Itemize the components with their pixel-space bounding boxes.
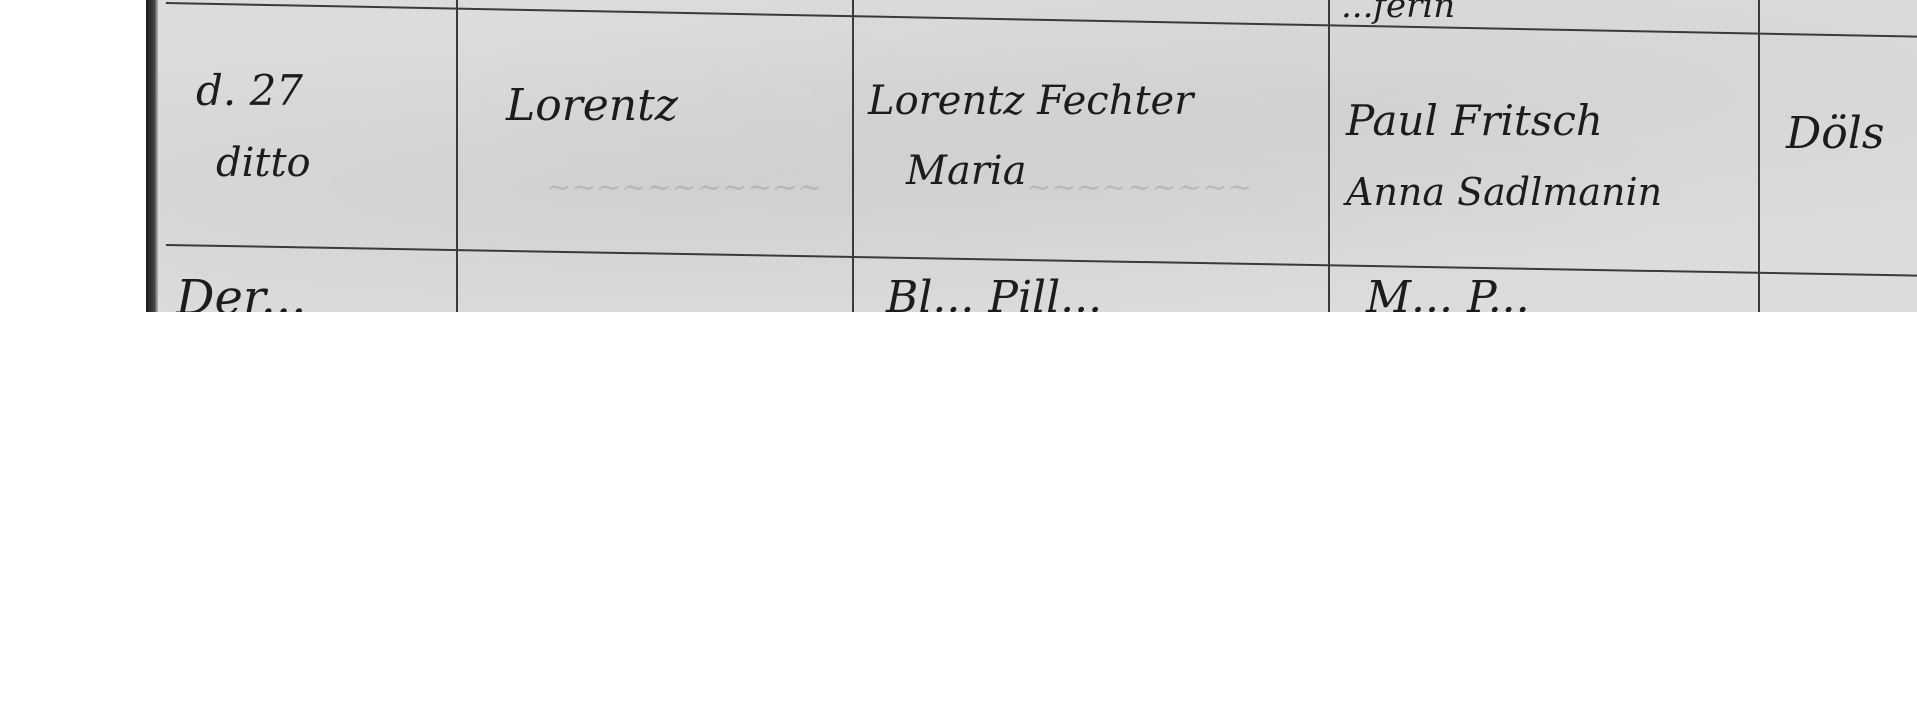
father-name: Lorentz Fechter: [868, 78, 1193, 124]
next-entry-parents-partial: Bl... Pill...: [886, 272, 1102, 312]
remark-text: Döls: [1786, 108, 1884, 159]
bleed-through-text: ~~~~~~~~~~~: [546, 170, 823, 205]
godmother-name: Anna Sadlmanin: [1346, 170, 1662, 214]
page-binding-edge: [146, 0, 158, 312]
column-divider-4: [1758, 0, 1760, 312]
partial-top-text: ...ferin: [1341, 0, 1455, 26]
mother-name: Maria: [906, 148, 1027, 194]
entry-date-ditto: ditto: [216, 140, 311, 186]
row-line-top: [166, 2, 1917, 38]
next-entry-date-partial: Der...: [176, 270, 306, 312]
next-entry-godparents-partial: M... P...: [1366, 272, 1530, 312]
child-name: Lorentz: [506, 80, 678, 131]
column-divider-1: [456, 0, 458, 312]
column-divider-3: [1328, 0, 1330, 312]
bleed-through-text-2: ~~~~~~~~~: [1026, 170, 1252, 205]
godfather-name: Paul Fritsch: [1346, 96, 1603, 145]
register-scan: ...ferin d. 27 ditto Lorentz Lorentz Fec…: [146, 0, 1917, 312]
entry-date-day: d. 27: [196, 66, 303, 115]
column-divider-2: [852, 0, 854, 312]
